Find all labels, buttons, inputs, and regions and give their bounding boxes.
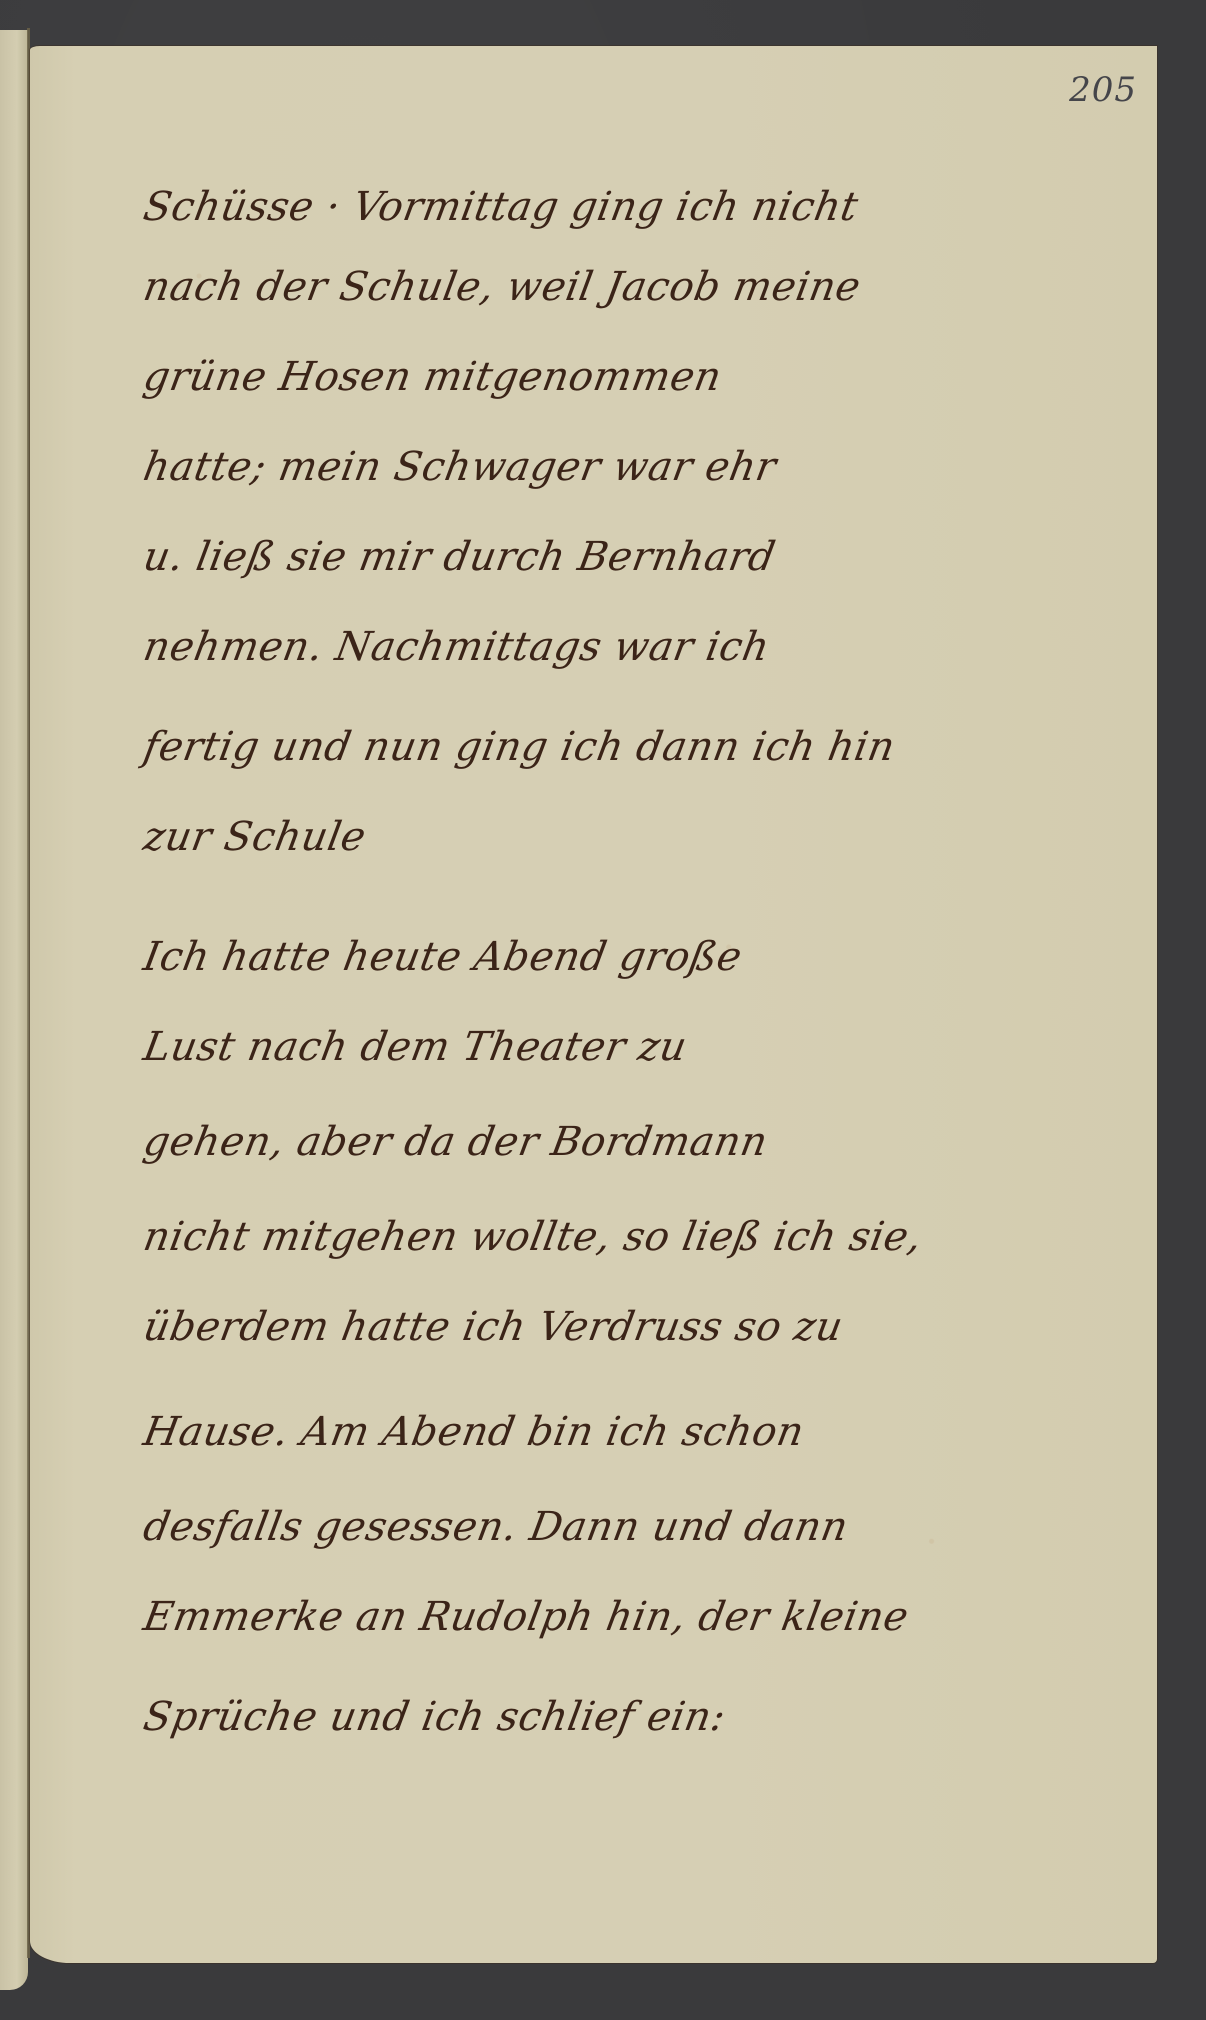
text-line: nicht mitgehen wollte, so ließ ich sie,	[140, 1214, 926, 1260]
text-line: hatte; mein Schwager war ehr	[140, 444, 780, 490]
text-line: desfalls gesessen. Dann und dann	[140, 1504, 852, 1550]
text-line: Sprüche und ich schlief ein:	[140, 1694, 729, 1740]
text-line: Emmerke an Rudolph hin, der kleine	[140, 1594, 912, 1640]
text-line: Schüsse · Vormittag ging ich nicht	[140, 184, 862, 230]
manuscript-page: 205 Schüsse · Vormittag ging ich nicht n…	[30, 46, 1157, 1963]
text-line: Ich hatte heute Abend große	[140, 934, 746, 980]
text-line: Hause. Am Abend bin ich schon	[140, 1409, 808, 1455]
text-line: zur Schule	[140, 814, 370, 860]
text-line: fertig und nun ging ich dann ich hin	[140, 724, 899, 770]
text-line: überdem hatte ich Verdruss so zu	[140, 1304, 846, 1350]
text-line: gehen, aber da der Bordmann	[140, 1119, 771, 1165]
folio-number: 205	[1069, 70, 1137, 110]
text-line: u. ließ sie mir durch Bernhard	[140, 534, 779, 580]
text-line: grüne Hosen mitgenommen	[140, 354, 725, 400]
previous-page-edge	[0, 30, 28, 1990]
text-line: nach der Schule, weil Jacob meine	[140, 264, 864, 310]
text-line: Lust nach dem Theater zu	[140, 1024, 691, 1070]
text-line: nehmen. Nachmittags war ich	[140, 624, 773, 670]
